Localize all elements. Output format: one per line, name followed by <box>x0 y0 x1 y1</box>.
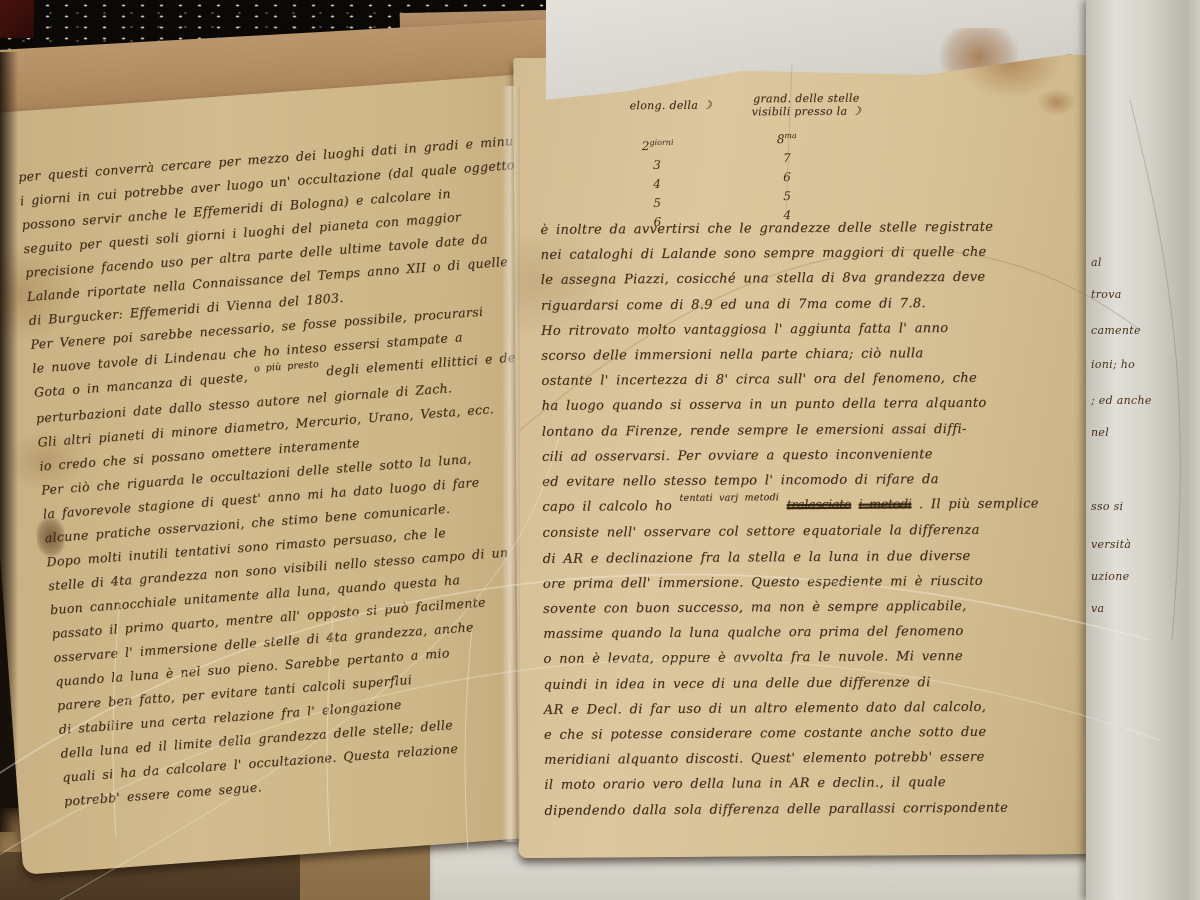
peeking-text-fragment: versità <box>1091 538 1131 551</box>
struck-out-words: tralasciato <box>786 498 851 513</box>
manuscript-line: dipendendo dalla sola differenza delle p… <box>544 795 1041 824</box>
manuscript-line: e che si potesse considerare come costan… <box>544 719 1041 748</box>
table-cell: 3 <box>642 156 672 175</box>
cover-corner-patch <box>0 0 34 38</box>
manuscript-line: massime quando la luna qualche ora prima… <box>543 619 1040 648</box>
table-header-elongation: elong. della ☽ <box>630 99 713 113</box>
peeking-text-fragment: va <box>1091 602 1104 615</box>
peeking-text-fragment: ; ed anche <box>1091 394 1152 407</box>
page-gutter-highlight <box>502 86 520 842</box>
table-cell: 2giorni <box>642 133 672 156</box>
table-header-magnitude-line1: grand. delle stelle <box>751 92 861 106</box>
table-header-magnitude: grand. delle stelle visibili presso la ☽ <box>751 92 861 119</box>
table-value-superscript: giorni <box>649 138 673 147</box>
peeking-text-fragment: ioni; ho <box>1091 358 1135 371</box>
manuscript-line: di AR e declinazione fra la stella e la … <box>543 543 1040 572</box>
right-page-text: è inoltre da avvertirsi che le grandezze… <box>540 214 1041 823</box>
line-segment: . Il più semplice <box>919 497 1039 513</box>
manuscript-line: sovente con buon successo, ma non è semp… <box>543 593 1040 622</box>
table-value-superscript: ma <box>784 131 796 140</box>
manuscript-line: meridiani alquanto discosti. Quest' elem… <box>544 745 1041 774</box>
manuscript-line: quindi in idea in vece di una delle due … <box>544 669 1041 698</box>
manuscript-line: scorso delle immersioni nella parte chia… <box>541 340 1038 369</box>
manuscript-line-with-correction: capo il calcolo ho tentati varj metodi t… <box>542 492 1039 522</box>
elongation-magnitude-table: elong. della ☽ grand. delle stelle visib… <box>513 84 1092 218</box>
peeking-text-fragment: nel <box>1091 426 1109 439</box>
peeking-text-fragment: camente <box>1091 324 1141 337</box>
struck-out-words: i metodi <box>858 497 911 512</box>
table-header-magnitude-line2: visibili presso la ☽ <box>752 105 862 119</box>
table-cell: 8ma <box>772 126 802 149</box>
underlying-white-sheet-right: al trova camente ioni; ho ; ed anche nel… <box>1086 0 1200 900</box>
table-cell: 6 <box>772 168 802 187</box>
interlinear-insertion: tentati varj metodi <box>679 485 779 511</box>
table-cell: 4 <box>642 175 672 194</box>
manuscript-line: AR e Decl. di far uso di un altro elemen… <box>544 694 1041 723</box>
ink-blot-stain <box>35 517 66 557</box>
table-cell: 5 <box>772 187 802 206</box>
manuscript-line: ore prima dell' immersione. Questo esped… <box>543 568 1040 597</box>
peeking-text-fragment: uzione <box>1091 570 1129 583</box>
peeking-text-fragment: sso si <box>1091 500 1123 513</box>
magnitude-values-column: 8ma 7 6 5 4 <box>772 126 803 225</box>
manuscript-line: Ho ritrovato molto vantaggiosa l' aggiun… <box>541 315 1038 344</box>
manuscript-line: il moto orario vero della luna in AR e d… <box>544 770 1041 799</box>
manuscript-photo: per questi converrà cercare per mezzo de… <box>0 0 1200 900</box>
interlinear-insertion: o più presto <box>253 353 320 382</box>
manuscript-line: lontano da Firenze, rende sempre le emer… <box>542 416 1039 445</box>
manuscript-line: o non è levata, oppure è avvolta fra le … <box>543 644 1040 673</box>
manuscript-line: consiste nell' osservare col settore equ… <box>542 518 1039 547</box>
manuscript-line: ostante l' incertezza di 8' circa sull' … <box>541 366 1038 395</box>
manuscript-line: ed evitare nello stesso tempo l' incomod… <box>542 466 1039 495</box>
table-value: 8 <box>777 132 785 146</box>
manuscript-line: cili ad osservarsi. Per ovviare a questo… <box>542 441 1039 470</box>
manuscript-line: ha luogo quando si osserva in un punto d… <box>542 391 1039 420</box>
manuscript-line: riguardarsi come di 8.9 ed una di 7ma co… <box>541 290 1038 319</box>
manuscript-line: è inoltre da avvertirsi che le grandezze… <box>540 214 1037 243</box>
table-cell: 7 <box>772 149 802 168</box>
table-value: 2 <box>642 139 650 153</box>
peeking-text-fragment: trova <box>1091 288 1122 301</box>
peeking-text-fragment: al <box>1091 256 1102 269</box>
left-shadow-edge <box>0 52 18 832</box>
table-cell: 5 <box>642 194 672 213</box>
manuscript-line: nei cataloghi di Lalande sono sempre mag… <box>541 240 1038 269</box>
manuscript-line: le assegna Piazzi, cosicché una stella d… <box>541 265 1038 294</box>
manuscript-right-page: elong. della ☽ grand. delle stelle visib… <box>513 54 1097 858</box>
line-segment: capo il calcolo ho <box>542 499 672 515</box>
